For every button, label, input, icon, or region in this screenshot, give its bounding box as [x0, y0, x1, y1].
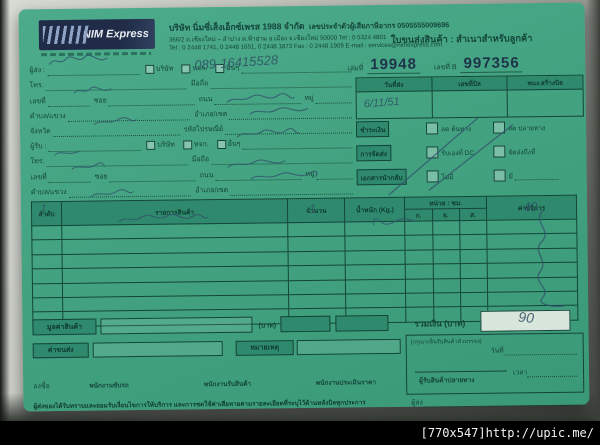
district-label: อำเภอ/เขต [190, 109, 229, 120]
addr-no-label: เลขที่ [30, 96, 48, 107]
other-checkbox [217, 140, 226, 149]
handwriting-district [248, 105, 310, 118]
company-type-label: บริษัท [156, 64, 176, 75]
sender-sign-label: ผู้ส่ง [411, 397, 423, 408]
dotted-line [110, 171, 196, 182]
handwriting-receiver-district [249, 170, 319, 183]
waybill-form: NIM Express บริษัท นิ่มซี่เส็งเอ็กซ์เพรส… [19, 3, 590, 412]
items-table: ลำดับ รายการสินค้า จำนวน น้ำหนัก (Kg.) ห… [31, 195, 578, 327]
consignee-signature-box: (กรุณาเซ็นรับสินค้าตัวบรรจง) วันที่ ผู้ร… [406, 333, 585, 395]
bill-no-header: เลขที่บิล [432, 77, 508, 91]
goods-value-field [100, 317, 252, 335]
handwriting-receiver-road [225, 157, 287, 170]
district-label: อำเภอ/เขต [191, 185, 230, 196]
partnership-checkbox [183, 140, 192, 149]
grand-total-label: รวมเงิน (บาท) [414, 316, 465, 331]
handwriting-slash-marks [356, 113, 583, 202]
image-viewer-page: NIM Express บริษัท นิ่มซี่เส็งเอ็กซ์เพรส… [0, 0, 600, 445]
appraiser-role-label: พนักงานประเมินราคา [316, 379, 376, 387]
consignee-label: ผู้รับสินค้าปลายทาง [419, 374, 474, 386]
ship-date-header: วันที่ส่ง [356, 77, 432, 91]
dotted-line [109, 95, 195, 106]
bill-staff-header: พนง.สร้างบิล [508, 76, 583, 90]
goods-receiver-signature: พนักงานรับสินค้า [172, 378, 283, 389]
date-label: วันที่ [491, 345, 504, 356]
road-label: ถนน [196, 170, 216, 181]
handwriting-item-description [116, 212, 211, 225]
partnership-type-label: หจก. [194, 139, 211, 150]
handwriting-receiver-province [89, 187, 135, 200]
goods-value-label: มูลค่าสินค้า [32, 319, 96, 336]
phone-label: โทร. [30, 156, 46, 167]
consignee-note: (กรุณาเซ็นรับสินค้าตัวบรรจง) [411, 338, 482, 347]
goods-receiver-role-label: พนักงานรับสินค้า [204, 381, 251, 389]
company-type-label: บริษัท [157, 140, 177, 151]
subdistrict-label: ตำบล/แขวง [31, 187, 69, 198]
handwriting-addr-no [72, 84, 112, 96]
date-line: วันที่ [491, 344, 577, 356]
waybill-number: 997356 [461, 55, 523, 73]
dotted-line [230, 184, 353, 195]
freight-field [93, 341, 223, 358]
col-qty-header: จำนวน [288, 198, 346, 223]
tax-id: เลขประจำตัวผู้เสียภาษีอากร 0505555009696 [309, 20, 449, 31]
number-label: เลขที่ B [434, 62, 461, 73]
driver-role-label: พนักงานขับรถ [89, 382, 128, 389]
soi-label: ซอย [90, 95, 109, 106]
nim-express-logo: NIM Express [39, 19, 155, 50]
freight-label: ค่าขนส่ง [33, 343, 89, 359]
dotted-line [210, 78, 351, 90]
other-type-label: อื่นๆ [228, 139, 243, 150]
company-checkbox [145, 65, 154, 74]
time-line: เวลา [513, 366, 577, 378]
caption-text: [770x547]http://upic.me/ [421, 426, 600, 440]
serial-numbers: เล่มที่ 19948 เลขที่ B 997356 [347, 55, 583, 75]
dotted-line [242, 139, 352, 150]
logo-stripes-decoration [43, 26, 89, 45]
partnership-checkbox [181, 65, 190, 74]
terms-text: ผู้ส่งของได้รับทราบและยอมรับเงื่อนไขการใ… [33, 397, 407, 412]
address-section: ผู้ส่ง : บริษัท หจก. อื่นๆ โทร. มือถือ เ… [29, 57, 353, 213]
receiver-label: ผู้รับ : [30, 141, 48, 152]
dotted-line [504, 345, 577, 356]
remark-label: หมายเหตุ [236, 340, 294, 356]
sign-label: ลงชื่อ [33, 381, 50, 392]
handwriting-sender-name [47, 54, 109, 67]
office-use-box [335, 315, 388, 332]
handwriting-fee-squiggle [513, 208, 570, 314]
consignee-sign-line [415, 371, 507, 373]
sender-sign-line: ผู้ส่ง [411, 395, 581, 408]
dotted-line [317, 169, 353, 179]
handwritten-item-no: 1 [41, 203, 47, 214]
mobile-label: มือถือ [187, 79, 210, 90]
company-name: บริษัท นิ่มซี่เส็งเอ็กซ์เพรส 1988 จำกัด [169, 21, 305, 33]
phone-label: โทร. [29, 81, 45, 92]
handwriting-receiver-addr-no [70, 160, 106, 172]
moo-label: หมู่ [300, 92, 315, 103]
mobile-label: มือถือ [188, 154, 211, 165]
subdistrict-label: ตำบล/แขวง [30, 111, 68, 122]
postcode-label: รหัสไปรษณีย์ [179, 124, 225, 136]
time-label: เวลา [513, 366, 527, 377]
book-number: 19948 [367, 57, 420, 75]
dotted-line [49, 172, 91, 183]
handwriting-province [92, 115, 138, 128]
caption-bar: [770x547]http://upic.me/ [0, 421, 600, 445]
dim-height-header: ส. [459, 208, 486, 220]
handwritten-item-qty: 1 [309, 202, 316, 216]
province-label: จังหวัด [30, 126, 53, 137]
office-use-box [280, 316, 330, 333]
staff-signatures-row: ลงชื่อ พนักงานขับรถ พนักงานรับสินค้า พนั… [33, 377, 405, 393]
dim-length-header: ย. [432, 209, 459, 221]
dotted-line [316, 93, 352, 103]
dotted-line [48, 96, 90, 107]
remark-field [297, 339, 401, 355]
handwriting-item-weight [369, 215, 417, 228]
logo-text: NIM Express [83, 28, 149, 41]
road-label: ถนน [195, 94, 215, 105]
addr-no-label: เลขที่ [31, 172, 49, 183]
handwriting-receiver-phone [52, 147, 82, 159]
sender-label: ผู้ส่ง : [29, 65, 47, 76]
handwriting-road [225, 92, 297, 105]
dotted-line [527, 367, 577, 378]
photo-background: NIM Express บริษัท นิ่มซี่เส็งเอ็กซ์เพรส… [0, 0, 600, 423]
company-checkbox [146, 141, 155, 150]
handwriting-receiver-name [235, 127, 301, 140]
dotted-line [423, 396, 582, 408]
baht-label: (บาท) [258, 320, 276, 331]
dotted-line [46, 80, 187, 92]
appraiser-signature: พนักงานประเมินราคา [291, 377, 402, 388]
driver-signature: พนักงานขับรถ [54, 380, 165, 391]
document-title: ใบขนส่งสินค้า : สำเนาสำหรับลูกค้า [391, 31, 583, 48]
